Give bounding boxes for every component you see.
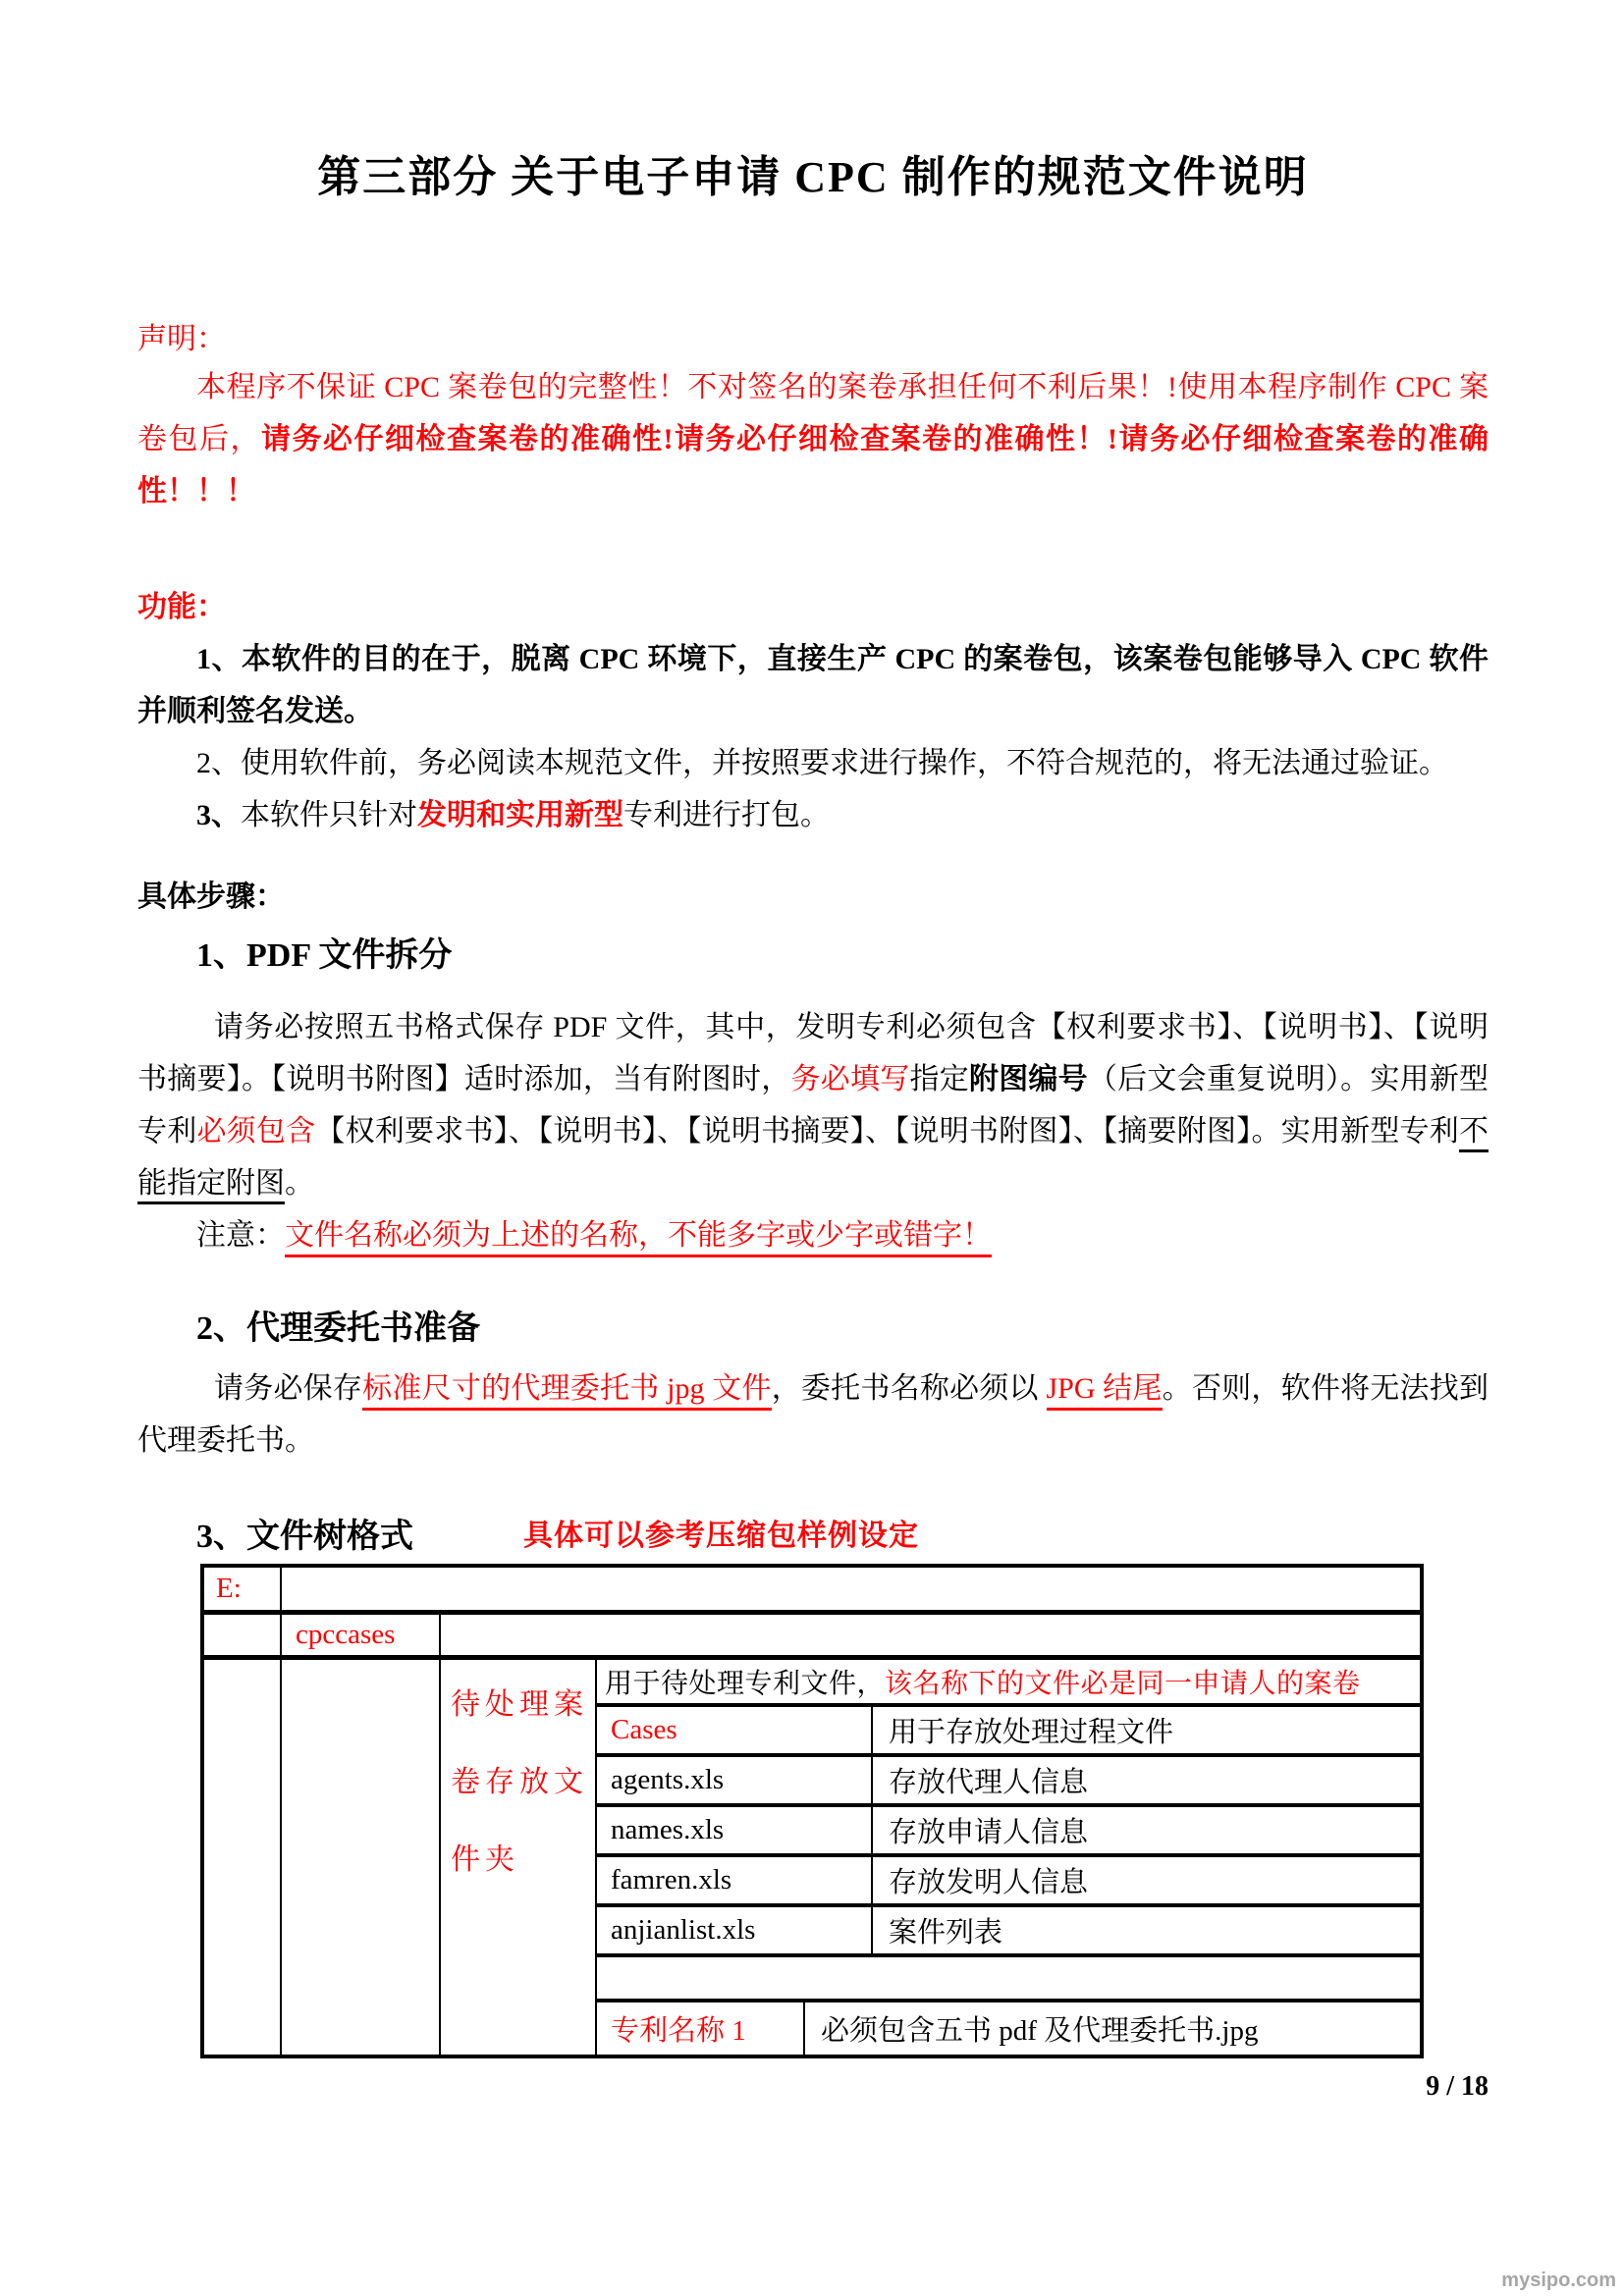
table-row: famren.xls 存放发明人信息 (597, 1857, 1420, 1907)
step1-red-2: 必须包含 (196, 1115, 315, 1148)
step3-heading: 3、文件树格式 (196, 1519, 413, 1555)
patent-name-cell: 专利名称 1 (597, 2002, 805, 2055)
step2-text-1: 请务必保存 (214, 1372, 362, 1405)
patent-desc-cell: 必须包含五书 pdf 及代理委托书.jpg (805, 2002, 1420, 2055)
file-desc-cell: 存放代理人信息 (873, 1757, 1420, 1803)
step3-heading-row: 3、文件树格式具体可以参考压缩包样例设定 (196, 1513, 1489, 1561)
features-item-2: 2、使用软件前，务必阅读本规范文件，并按照要求进行操作，不符合规范的，将无法通过… (137, 737, 1489, 789)
patent-row: 专利名称 1 必须包含五书 pdf 及代理委托书.jpg (597, 2002, 1420, 2055)
file-desc-cell: 存放发明人信息 (873, 1857, 1420, 1903)
table-row: anjianlist.xls 案件列表 (597, 1907, 1420, 1957)
features-item-3: 3、本软件只针对发明和实用新型专利进行打包。 (137, 789, 1489, 841)
empty-row (597, 1957, 1420, 2002)
pending-spacer-cell-2 (282, 1660, 441, 2055)
step1-note-label: 注意： (196, 1219, 285, 1252)
table-row: names.xls 存放申请人信息 (597, 1807, 1420, 1857)
step2-underlined-1: 标准尺寸的代理委托书 jpg 文件 (362, 1372, 772, 1411)
features-item-3-number: 3、 (196, 799, 241, 831)
step2-heading: 2、代理委托书准备 (196, 1306, 1489, 1353)
file-name-cell: famren.xls (597, 1857, 873, 1903)
detail-header-red: 该名称下的文件必是同一申请人的案卷 (885, 1662, 1361, 1701)
declaration-label: 声明： (137, 317, 1489, 361)
pending-detail-table: 用于待处理专利文件，该名称下的文件必是同一申请人的案卷 Cases 用于存放处理… (597, 1660, 1420, 2055)
table-row: Cases 用于存放处理过程文件 (597, 1707, 1420, 1757)
step1-paragraph: 请务必按照五书格式保存 PDF 文件，其中，发明专利必须包含【权利要求书】、【说… (137, 1001, 1489, 1209)
declaration-paragraph: 本程序不保证 CPC 案卷包的完整性！不对签名的案卷承担任何不利后果！!使用本程… (137, 361, 1489, 517)
step1-bold-1: 附图编号 (969, 1063, 1088, 1095)
features-item-3-pre: 本软件只针对 (241, 799, 417, 831)
file-name-cell: Cases (597, 1707, 873, 1753)
file-name-cell: anjianlist.xls (597, 1907, 873, 1953)
document-title: 第三部分 关于电子申请 CPC 制作的规范文件说明 (137, 152, 1489, 203)
step1-text-5: 。 (285, 1167, 314, 1200)
document-page: 第三部分 关于电子申请 CPC 制作的规范文件说明 声明： 本程序不保证 CPC… (0, 0, 1624, 2296)
features-item-3-post: 专利进行打包。 (623, 799, 830, 831)
file-name-cell: agents.xls (597, 1757, 873, 1803)
table-row-root: E: (204, 1568, 1420, 1615)
file-desc-cell: 案件列表 (873, 1907, 1420, 1953)
table-row: agents.xls 存放代理人信息 (597, 1757, 1420, 1807)
file-name-cell: names.xls (597, 1807, 873, 1853)
page-number: 9 / 18 (137, 2072, 1489, 2102)
features-label: 功能： (137, 581, 1489, 633)
step2-text-2: ，委托书名称必须以 (772, 1372, 1047, 1405)
pending-folder-cell: 待处理案卷存放文件夹 (441, 1660, 597, 2055)
folder-spacer-cell (204, 1615, 282, 1655)
step1-heading: 1、PDF 文件拆分 (196, 933, 1489, 980)
table-row-pending: 待处理案卷存放文件夹 用于待处理专利文件，该名称下的文件必是同一申请人的案卷 C… (204, 1660, 1420, 2055)
root-empty-cell (282, 1568, 1420, 1610)
watermark-text: mysipo.com (1501, 2269, 1616, 2292)
step1-note: 注意：文件名称必须为上述的名称，不能多字或少字或错字！ (137, 1209, 1489, 1261)
step1-note-text: 文件名称必须为上述的名称，不能多字或少字或错字！ (285, 1219, 992, 1257)
step2-underlined-2: JPG 结尾 (1047, 1372, 1163, 1411)
step1-text-4: 【权利要求书】、【说明书】、【说明书摘要】、【说明书附图】、【摘要附图】。实用新… (315, 1115, 1459, 1148)
folder-name-cell: cpccases (282, 1615, 441, 1655)
step1-red-1: 务必填写 (791, 1063, 910, 1095)
pending-spacer-cell-1 (204, 1660, 282, 2055)
table-row-folder: cpccases (204, 1615, 1420, 1660)
features-item-1: 1、本软件的目的在于，脱离 CPC 环境下，直接生产 CPC 的案卷包，该案卷包… (137, 633, 1489, 737)
features-item-3-highlight: 发明和实用新型 (417, 799, 623, 831)
steps-label: 具体步骤： (137, 871, 1489, 923)
step2-paragraph: 请务必保存标准尺寸的代理委托书 jpg 文件，委托书名称必须以 JPG 结尾。否… (137, 1362, 1489, 1467)
file-desc-cell: 用于存放处理过程文件 (873, 1707, 1420, 1753)
file-tree-table: E: cpccases 待处理案卷存放文件夹 用于待处理专利文件，该名称下的文件… (200, 1564, 1424, 2058)
root-drive-cell: E: (204, 1568, 282, 1610)
detail-header-black: 用于待处理专利文件， (605, 1662, 885, 1701)
step3-annotation: 具体可以参考压缩包样例设定 (523, 1520, 919, 1552)
declaration-bold-text: 请务必仔细检查案卷的准确性!请务必仔细检查案卷的准确性！!请务必仔细检查案卷的准… (137, 423, 1489, 507)
detail-header-row: 用于待处理专利文件，该名称下的文件必是同一申请人的案卷 (597, 1660, 1420, 1707)
document-content: 第三部分 关于电子申请 CPC 制作的规范文件说明 声明： 本程序不保证 CPC… (0, 0, 1624, 2102)
step1-text-2: 指定 (909, 1063, 968, 1095)
file-desc-cell: 存放申请人信息 (873, 1807, 1420, 1853)
folder-empty-cell (441, 1615, 1420, 1655)
